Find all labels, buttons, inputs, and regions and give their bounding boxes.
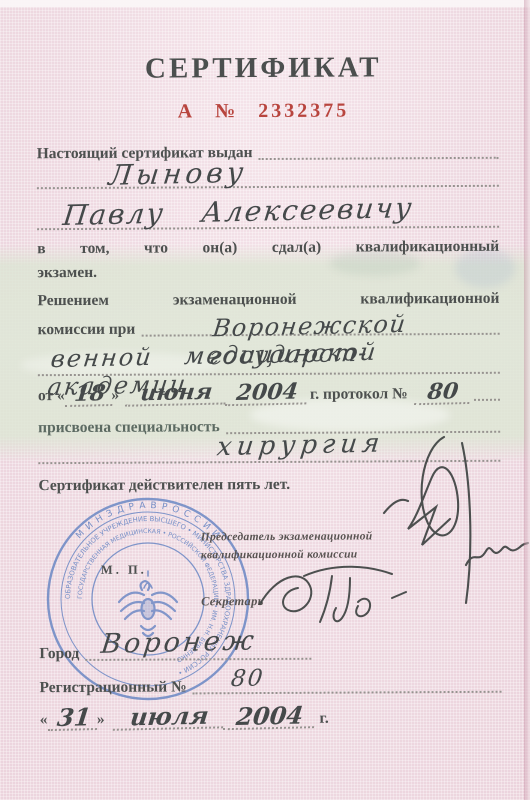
issue-date-suffix: г.: [319, 708, 328, 730]
commission-label: комиссии при: [38, 319, 136, 342]
issued-row: Настоящий сертификат выдан: [37, 141, 499, 165]
holder-dotted-line-1: [37, 185, 499, 189]
serial-number: А № 2332375: [0, 99, 529, 125]
statement-line-1: в том, что он(а) сдал(а) квалификационны…: [37, 236, 499, 260]
secretary-signature: [252, 552, 408, 630]
protocol-row: от « 18 » июня 2004 г. протокол № 80: [38, 381, 500, 407]
city-label: Город: [39, 643, 79, 665]
statement-line-2-text: экзамен.: [37, 262, 97, 284]
registration-number: 80: [230, 665, 266, 692]
protocol-prefix: от «: [38, 385, 65, 407]
specialty-label: присвоена специальность: [38, 416, 220, 439]
scan-edge-right: [524, 0, 530, 800]
registration-label: Регистрационный №: [39, 676, 186, 699]
protocol-year: 2004: [225, 380, 309, 406]
issue-date-quote-open: «: [40, 709, 48, 731]
protocol-number: 80: [414, 380, 472, 405]
validity-text: Сертификат действителен пять лет.: [38, 474, 290, 497]
dotted-leader: [259, 156, 499, 160]
registration-row: Регистрационный №: [39, 675, 501, 699]
protocol-day: 18: [65, 382, 115, 407]
statement-line-2: экзамен.: [37, 260, 499, 284]
specialty-value: хирургия: [215, 428, 386, 462]
scan-edge-top: [0, 0, 530, 7]
protocol-mid: г. протокол №: [310, 383, 408, 406]
issue-date-day: 31: [47, 706, 99, 731]
issue-date-row: « 31 » июля 2004 г.: [40, 706, 360, 732]
protocol-month: июня: [125, 380, 228, 406]
holder-name-line-1: Лынову: [107, 156, 249, 192]
certificate-scan: М И Н З Д Р А В Р О С С И И ОБРАЗОВАТЕЛЬ…: [0, 0, 530, 800]
issue-date-year: 2004: [223, 704, 317, 730]
city-value: Воронеж: [99, 625, 258, 660]
stamp-place-mark: М. П.: [101, 563, 147, 578]
issue-date-month: июля: [113, 704, 226, 731]
certificate-title: СЕРТИФИКАТ: [0, 51, 528, 87]
dotted-leader: [474, 398, 500, 401]
